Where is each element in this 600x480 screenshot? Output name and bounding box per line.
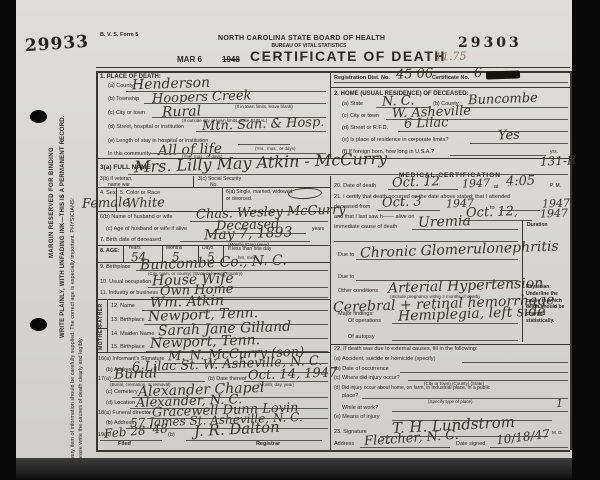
county-label: (a) County [108,83,134,89]
while-at-work-label: While at work? [342,405,378,411]
physician-underline-note: Physician: Underline the cause to which … [526,284,570,325]
rule-line [107,299,108,352]
rule-line [330,344,570,345]
injury-place-note: (Specify type of place) [428,399,473,404]
date-of-death-year: 1947 [462,178,490,190]
scanned-death-certificate: 29933 MARGIN RESERVED FOR BINDING WRITE … [0,0,600,480]
means-of-injury-label: (e) Means of injury [334,414,380,420]
scanner-bed-bottom [16,458,572,480]
registration-dist-label: Registration Dist. No. [334,75,390,81]
margin-text-legibly: Please write the causes of death clearly… [78,337,84,463]
received-date-stamp-month: MAR 6 [177,55,202,64]
punch-hole [30,318,47,331]
filed-b-label: (b) [168,432,175,438]
punch-hole [30,110,47,123]
fill-line [388,189,458,190]
last-saw-alive-label: and that I last saw h—— alive on [334,214,414,220]
received-date-stamp-year: 1948 [222,55,240,64]
certify-statement: 21. I certify that death occurred on the… [334,194,510,200]
attended-from-value: Oct. 3 [382,195,422,209]
major-findings-label: Major findings: [338,311,374,317]
township-note: (If in town limits, leave blank) [235,104,293,109]
margin-text-binding: MARGIN RESERVED FOR BINDING [49,147,56,258]
header-board-name: NORTH CAROLINA STATE BOARD OF HEALTH [218,35,400,43]
rule-line [193,176,194,187]
rule-line [96,187,330,188]
physician-address-label: Address [334,441,354,447]
fill-line [400,372,568,373]
certificate-title: CERTIFICATE OF DEATH [250,48,446,64]
city-label: (c) City or town [108,110,145,116]
filed-caption: Filed [118,441,131,447]
marital-status-label2: or divorced. [226,197,252,203]
physician-signature-label: 23. Signature [334,429,367,435]
registrar-caption: Registrar [256,441,280,447]
certificate-no-value: 6 [474,67,483,80]
fill-line [100,440,162,441]
date-signed-label: Date signed [456,441,485,447]
father-birthplace-label: 13. Birthplace [111,317,145,323]
race-value: White [126,196,165,210]
rule-line [570,71,572,450]
cemetery-label: (c) Cemetery [106,389,138,395]
home-street-label: (d) Street or R.F.D. [342,125,388,131]
corporate-limits-value: Yes [498,129,520,143]
md-suffix: M. D. [552,430,563,435]
rule-line [96,450,570,452]
due-to-label: Due to [338,252,354,258]
birthplace-label: 9. Birthplace [100,264,131,270]
cemetery-location-label: (d) Location [106,400,135,406]
fill-line [196,131,326,132]
death-time-value: 4:05 [506,174,536,188]
ink-scribble [486,70,520,79]
accident-suicide-label: (a) Accident, suicide or homicide (speci… [334,356,435,362]
registration-code: 131-B [540,154,576,167]
spouse-age-unit: years [312,227,324,233]
fill-line [392,340,518,341]
fill-line [462,362,568,363]
sex-value: Female [82,196,130,211]
fill-line [356,259,518,260]
death-time-at-label: at [494,184,499,190]
rule-line [330,71,331,158]
mother-side-label: MOTHER [99,325,105,350]
due-to-2-label: Due to [338,274,354,280]
fill-line [412,229,518,230]
rule-line [116,187,117,211]
corporate-limits-label: (e) Is place of residence in corporate l… [342,137,448,143]
fill-line [378,210,440,211]
home-state-label: (a) State [342,101,363,107]
attended-from-label: deceased from [334,204,370,210]
spouse-age-label: (c) Age of husband or wife if alive [106,226,187,232]
length-of-stay-note: (Yrs., mos., or days) [255,146,296,151]
fill-line [490,447,568,448]
fill-line [334,82,568,83]
registrar-signature-value: J. R. Dalton [194,420,280,439]
marital-status-label: 6(a) Single, married, widowed, [226,190,294,196]
stray-pen-mark: 1 [556,398,563,409]
fill-line [398,131,568,132]
age-less-than-day-label: If less than one day [228,247,271,253]
injury-place-label: (d) Did injury occur about home, on farm… [334,386,490,392]
father-side-label: FATHER [99,303,105,326]
fill-line [470,143,568,144]
of-operations-label: Of operations [348,318,381,324]
street-hospital-label: (d) Street, hospital or institution [108,124,184,130]
birth-date-value: May 7, 1893 [204,225,293,242]
disposition-type-value: Burial [114,366,158,382]
rule-line [96,71,98,450]
last-saw-alive-value: Oct. 12, [466,205,519,220]
duration-column-header: Duration [527,223,548,229]
injury-place-label2: place? [342,393,358,399]
age-label: 8. AGE: [100,248,120,254]
fill-line [360,447,450,448]
margin-text-permanent-record: WRITE PLAINLY, WITH UNFADING INK—THIS IS… [60,115,67,338]
handwritten-fee-note: 11.75 [435,50,467,62]
disposition-label: 17(a) [98,376,111,382]
father-name-label: 12. Name [111,303,135,309]
fill-line [238,144,290,145]
last-saw-alive-year: 1947 [540,208,568,220]
immediate-cause-label: Immediate cause of death [334,224,397,230]
fill-line [392,411,568,412]
fill-line [392,323,518,324]
registration-dist-value: 45 06 [396,67,434,81]
fill-line [462,107,568,108]
certificate-number-stamp: 29303 [458,35,522,51]
spouse-name-label: 6(b) Name of husband or wife [100,214,172,220]
birth-date-label: 7. Birth date of deceased [100,237,161,243]
fill-line [450,155,546,156]
margin-text-supplied: Every item of information should be care… [70,198,76,463]
immediate-cause-value: Uremia [418,214,471,230]
where-injury-label: (c) Where did injury occur? [334,375,400,381]
form-number: B. V. S. Form 5 [100,32,138,38]
ssn-label: 3(c) Social Security [198,177,241,183]
date-of-occurrence-label: (b) Date of occurrence [334,366,389,372]
date-of-death-value: Oct. 12 [392,175,440,190]
mother-birthplace-label: 15. Birthplace [111,344,145,350]
rule-line [123,245,124,262]
mother-maiden-name-label: 14. Maiden Name [111,331,154,337]
rule-line [330,87,570,88]
date-of-death-label: 20. Date of death [334,183,376,189]
external-causes-heading: 22. If death was due to external causes,… [334,346,477,352]
fill-line [186,440,322,441]
home-county-value: Buncombe [468,92,538,107]
death-time-meridiem: P. M. [550,184,561,190]
certificate-no-label: Certificate No. [432,75,469,81]
home-city-label: (c) City or town [342,113,379,119]
rule-line [96,67,570,68]
of-autopsy-label: Of autopsy [348,334,375,340]
home-street-value: 6 Lilac [404,116,449,131]
occupation-label: 10. Usual occupation [100,279,151,285]
township-label: (b) Township [108,96,139,102]
other-conditions-label: Other conditions [338,288,378,294]
